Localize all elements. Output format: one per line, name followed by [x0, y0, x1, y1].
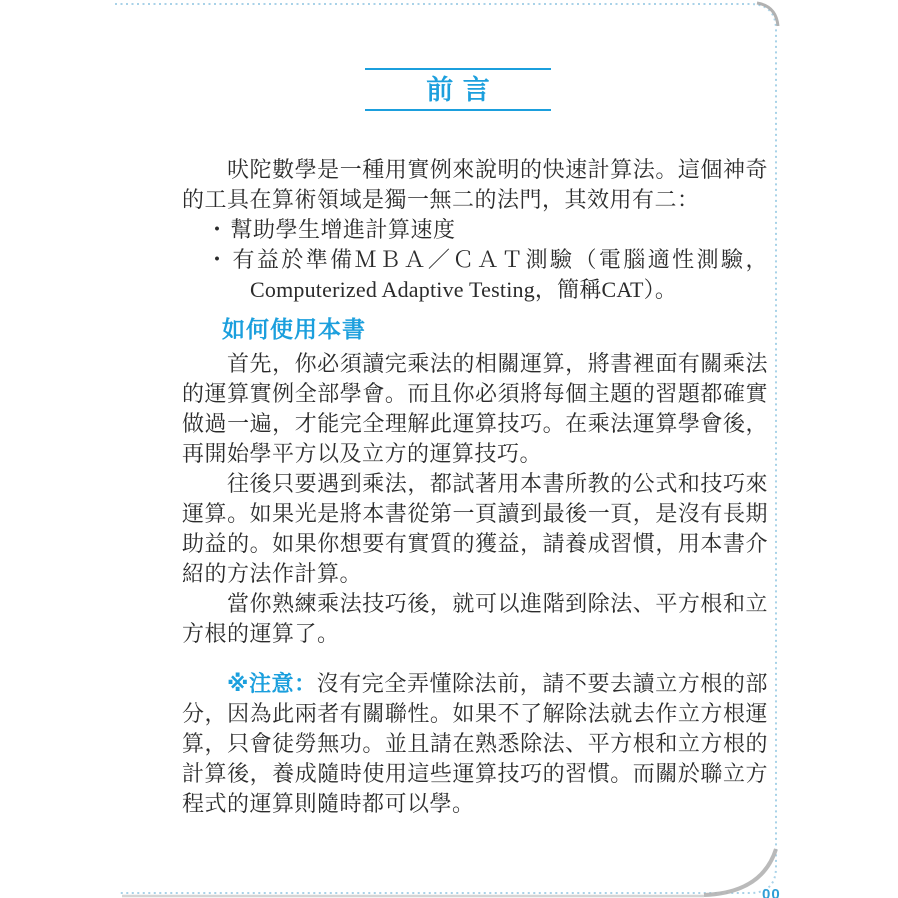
body-line: 程式的運算則隨時都可以學。 [182, 789, 768, 819]
body-line: 再開始學平方以及立方的運算技巧。 [182, 439, 768, 469]
bullet-text: 有益於準備ＭＢＡ／ＣＡＴ測驗（電腦適性測驗， [232, 247, 768, 272]
body-line: 的運算實例全部學會。而且你必須將每個主題的習題都確實 [182, 379, 768, 409]
book-page: 前言 吠陀數學是一種用實例來說明的快速計算法。這個神奇 的工具在算術領域是獨一無… [0, 0, 898, 898]
title-block: 前言 [365, 68, 551, 111]
body-line: 當你熟練乘法技巧後，就可以進階到除法、平方根和立 [182, 589, 768, 619]
bullet-icon: ・ [206, 247, 230, 272]
page-number: 00 [762, 886, 781, 898]
paragraph-intro: 吠陀數學是一種用實例來說明的快速計算法。這個神奇 的工具在算術領域是獨一無二的法… [182, 155, 768, 215]
bullet-item: ・幫助學生增進計算速度 [206, 215, 768, 245]
body-line: 運算。如果光是將本書從第一頁讀到最後一頁，是沒有長期 [182, 499, 768, 529]
note-label: ※注意： [227, 671, 317, 696]
body-line: 往後只要遇到乘法，都試著用本書所教的公式和技巧來 [182, 469, 768, 499]
bullet-item: ・有益於準備ＭＢＡ／ＣＡＴ測驗（電腦適性測驗， [206, 245, 768, 275]
body-line: 吠陀數學是一種用實例來說明的快速計算法。這個神奇 [182, 155, 768, 185]
body-line: 助益的。如果你想要有實質的獲益，請養成習慣，用本書介 [182, 529, 768, 559]
body-line: 分，因為此兩者有關聯性。如果不了解除法就去作立方根運 [182, 699, 768, 729]
body-line: 方根的運算了。 [182, 619, 768, 649]
bullet-list: ・幫助學生增進計算速度 ・有益於準備ＭＢＡ／ＣＡＴ測驗（電腦適性測驗， Comp… [182, 215, 768, 305]
paragraph-advance: 當你熟練乘法技巧後，就可以進階到除法、平方根和立 方根的運算了。 [182, 589, 768, 649]
bullet-continuation-line: Computerized Adaptive Testing，簡稱CAT）。 [250, 275, 768, 305]
note-paragraph: ※注意：沒有完全弄懂除法前，請不要去讀立方根的部 分，因為此兩者有關聯性。如果不… [182, 669, 768, 819]
bullet-icon: ・ [206, 217, 229, 242]
section-heading: 如何使用本書 [222, 314, 768, 344]
body-line: 計算後，養成隨時使用這些運算技巧的習慣。而關於聯立方 [182, 759, 768, 789]
note-first-line: ※注意：沒有完全弄懂除法前，請不要去讀立方根的部 [182, 669, 768, 699]
body-line: 的工具在算術領域是獨一無二的法門，其效用有二： [182, 185, 768, 215]
body-line: 算，只會徒勞無功。並且請在熟悉除法、平方根和立方根的 [182, 729, 768, 759]
content-column: 吠陀數學是一種用實例來說明的快速計算法。這個神奇 的工具在算術領域是獨一無二的法… [182, 155, 768, 819]
paragraph-practice: 往後只要遇到乘法，都試著用本書所教的公式和技巧來 運算。如果光是將本書從第一頁讀… [182, 469, 768, 589]
note-line-text: 沒有完全弄懂除法前，請不要去讀立方根的部 [317, 671, 768, 696]
page-title: 前言 [365, 70, 551, 109]
body-line: 紹的方法作計算。 [182, 559, 768, 589]
paragraph-usage: 首先，你必須讀完乘法的相關運算，將書裡面有關乘法 的運算實例全部學會。而且你必須… [182, 349, 768, 469]
bullet-text: 幫助學生增進計算速度 [231, 217, 456, 242]
body-line: 做過一遍，才能完全理解此運算技巧。在乘法運算學會後， [182, 409, 768, 439]
title-rule-bottom [365, 109, 551, 111]
body-line: 首先，你必須讀完乘法的相關運算，將書裡面有關乘法 [182, 349, 768, 379]
